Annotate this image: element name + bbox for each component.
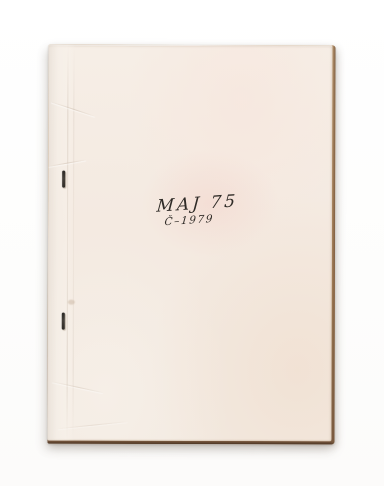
handwritten-title: MAJ 75 Č–1979 (155, 193, 239, 228)
staple-bottom-icon (62, 313, 65, 330)
paper-stain (68, 300, 75, 305)
booklet: MAJ 75 Č–1979 (47, 45, 335, 445)
photo-background: MAJ 75 Č–1979 (0, 0, 384, 486)
booklet-cover-paper: MAJ 75 Č–1979 (47, 45, 332, 442)
handwritten-line-2: Č–1979 (164, 212, 237, 227)
staple-top-icon (62, 171, 65, 188)
